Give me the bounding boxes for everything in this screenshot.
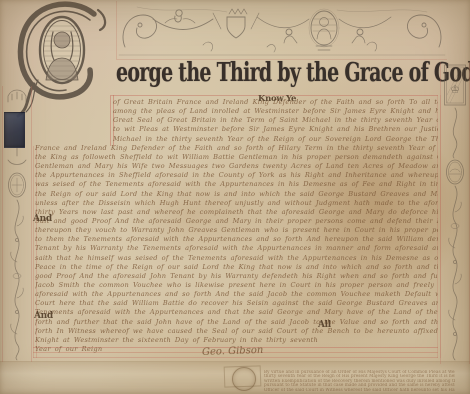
right-border-ornament: ♔	[440, 62, 470, 364]
framed-document-photo: G eorge the Third by the Grace of God	[0, 0, 470, 394]
manuscript-line: saith that he himself was seised of the …	[35, 253, 438, 262]
manuscript-line: Jacob Smith the common Vouchee who is li…	[35, 281, 438, 290]
embossed-seal-icon	[232, 367, 256, 391]
manuscript-line: unless after the Disseisin which Hugh Hu…	[35, 198, 438, 207]
crown-icon: ♔	[450, 83, 460, 96]
ruling-line	[33, 357, 438, 358]
manuscript-line: the Reign of our said Lord the King that…	[35, 189, 438, 198]
manuscript-line: forth In Witness whereof we have caused …	[35, 327, 438, 336]
manuscript-line: to wit Pleas at Westminster before Sir J…	[113, 125, 438, 134]
manuscript-line: Tenant by his Warranty the Tenements afo…	[35, 244, 438, 253]
manuscript-line: thirty Years now last past and whereof h…	[35, 208, 438, 217]
engrossed-word: All	[318, 320, 331, 330]
manuscript-line: Tenements aforesaid with the Appurtenanc…	[35, 308, 438, 317]
document-heading: eorge the Third by the Grace of God	[116, 58, 470, 88]
manuscript-line: Knight at Westminster the sixteenth Day …	[35, 336, 438, 345]
floral-border-icon: ♔	[441, 62, 469, 364]
engrossed-word: And	[34, 311, 53, 321]
manuscript-line: Gentleman and Mary his Wife two Messuage…	[35, 162, 438, 171]
clerk-signature: Geo. Gibson	[202, 345, 264, 358]
manuscript-line: forth and further that the said John hav…	[35, 317, 438, 326]
fine-print-line: Officer of the said Court in Witness whe…	[264, 388, 455, 392]
engrossed-word: And	[33, 214, 52, 224]
manuscript-line: the King as followeth Sheffield to wit W…	[35, 153, 438, 162]
manuscript-line: France and Ireland King Defender of the …	[35, 144, 438, 153]
frieze-engraving-icon	[117, 1, 447, 59]
engrossed-word: Know Ye	[258, 94, 296, 104]
blue-duty-stamp	[4, 112, 25, 148]
manuscript-line: Suit and good Proof And the aforesaid Ge…	[35, 217, 438, 226]
manuscript-line: Michael in the thirty seventh Year of th…	[113, 134, 438, 143]
top-frieze-ornament	[116, 1, 447, 60]
manuscript-line: was seised of the Tenements aforesaid wi…	[35, 180, 438, 189]
manuscript-line: good Proof And the aforesaid John Tenant…	[35, 272, 438, 281]
manuscript-line: Peace in the time of the Reign of our sa…	[35, 263, 438, 272]
